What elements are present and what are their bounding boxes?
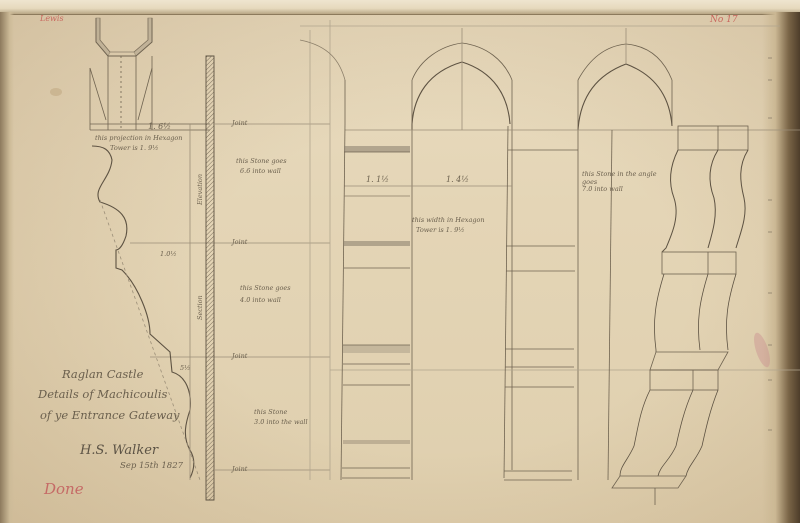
angle-stone-note-1: this Stone in the angle bbox=[582, 170, 657, 178]
joint-label-1: Joint bbox=[232, 119, 247, 127]
elevation-label: Elevation bbox=[196, 174, 204, 205]
stone-note-2a: this Stone goes bbox=[240, 284, 291, 292]
corner-mark: Lewis bbox=[40, 14, 64, 23]
projection-note-2: Tower is 1. 9½ bbox=[110, 144, 159, 152]
signature: H.S. Walker bbox=[80, 443, 158, 458]
opening-dimension-1: 1. 1½ bbox=[366, 175, 389, 184]
dimension-low: 5½ bbox=[180, 364, 190, 372]
angle-stone-note-3: 7.0 into wall bbox=[582, 185, 623, 193]
stone-note-3b: 3.0 into the wall bbox=[254, 418, 308, 426]
dimension-top: 1. 6½ bbox=[148, 122, 171, 131]
dimension-mid: 1.0½ bbox=[160, 250, 177, 258]
joint-label-4: Joint bbox=[232, 465, 247, 473]
sheet-number: No 17 bbox=[710, 15, 738, 25]
projection-note-1: this projection in Hexagon bbox=[95, 134, 182, 142]
hexagon-note-2: Tower is 1. 9½ bbox=[416, 226, 465, 234]
stone-note-1b: 6.6 into wall bbox=[240, 167, 281, 175]
stone-note-2b: 4.0 into wall bbox=[240, 296, 281, 304]
stone-note-1a: this Stone goes bbox=[236, 157, 287, 165]
section-label: Section bbox=[196, 295, 204, 320]
title-line-2: Details of Machicoulis bbox=[38, 387, 167, 401]
drawing-sheet: Raglan Castle Details of Machicoulis of … bbox=[0, 0, 800, 523]
hexagon-note-1: this width in Hexagon bbox=[412, 216, 485, 224]
opening-dimension-2: 1. 4½ bbox=[446, 175, 469, 184]
joint-label-3: Joint bbox=[232, 352, 247, 360]
title-line-3: of ye Entrance Gateway bbox=[40, 408, 180, 422]
drawing-date: Sep 15th 1827 bbox=[120, 461, 183, 471]
title-line-1: Raglan Castle bbox=[62, 367, 143, 381]
done-stamp: Done bbox=[44, 480, 84, 498]
joint-label-2: Joint bbox=[232, 238, 247, 246]
stone-note-3a: this Stone bbox=[254, 408, 287, 416]
